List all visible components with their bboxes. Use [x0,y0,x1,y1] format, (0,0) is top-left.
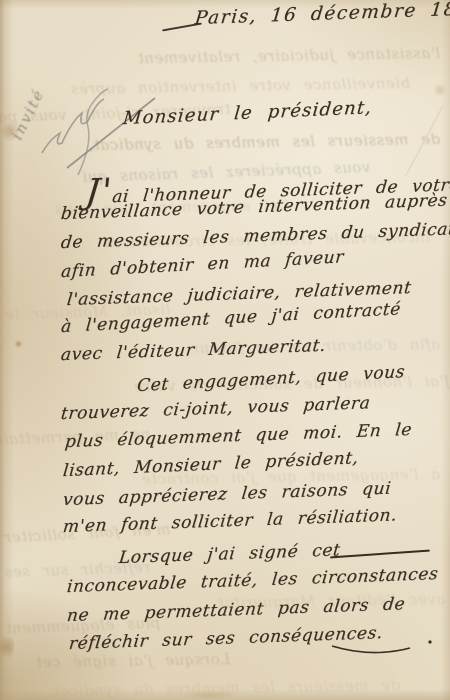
ink-bleedthrough-line: de messieurs les membres du syndicat, [48,676,400,700]
salutation: Monsieur le président, [122,97,373,129]
ink-bleedthrough-line: l'assistance judiciaire, relativement [137,44,440,67]
foxing-spot [432,84,448,96]
pen-flourish-dash [330,550,430,559]
letter-line: vous apprécierez les raisons qui [62,479,392,511]
foxing-spot [180,690,240,700]
pencil-slash-mark [55,90,165,175]
pencil-annotation: invité [8,86,48,143]
foxing-spot [0,632,14,662]
letter-line: lisant, Monsieur le président, [62,448,360,481]
letter-line: réfléchir sur ses conséquences. [68,623,384,654]
letter-line: ne me permettaient pas alors de [66,594,406,626]
letter-line: de messieurs les membres du syndicat, [60,219,450,253]
letter-line: Lorsque j'ai signé cet [118,540,342,568]
letter-line: avec l'éditeur Margueritat. [60,336,327,365]
letter-line: m'en font solliciter la résiliation. [62,505,398,537]
dateline: Paris, 16 décembre 1858. [194,0,450,29]
letter-line: afin d'obtenir en ma faveur [60,247,345,282]
ink-bleedthrough-line: bienveillance votre intervention auprès [70,74,410,98]
ink-bleedthrough-line: de messieurs les membres du syndicat, [88,130,440,154]
letter-line: Cet engagement, que vous [136,362,406,396]
letter-line: inconcevable traité, les circonstances [66,564,439,597]
foxing-spot [14,340,23,348]
letter-line: plus éloquemment que moi. En le [64,420,413,452]
letter-line: trouverez ci-joint, vous parlera [60,393,372,424]
ink-bleedthrough-line: Lorsque j'ai signé cet [35,650,230,671]
letter-page: l'assistance judiciaire, relativement bi… [0,0,450,700]
